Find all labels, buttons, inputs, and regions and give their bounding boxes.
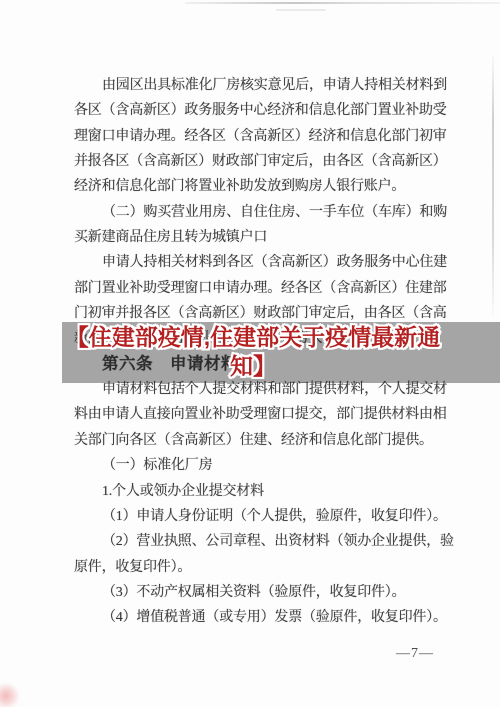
document-line: 关部门向各区（含高新区）住建、经济和信息化部门提供。 <box>74 428 464 453</box>
document-line: 料由申请人直接向置业补助受理窗口提交，部门提供材料由相 <box>74 402 464 427</box>
watermark-text: 【住建部疫情,住建部关于疫情最新通 知】 <box>63 323 443 381</box>
document-line: 经济和信息化部门将置业补助发放到购房人银行账户。 <box>74 174 464 199</box>
watermark-overlay-band: 【住建部疫情,住建部关于疫情最新通 知】 <box>62 322 500 383</box>
scan-artifact-top-line <box>185 2 500 4</box>
document-line: 部门置业补助受理窗口申请办理。经各区（含高新区）住建部 <box>74 276 464 301</box>
scan-artifact-top-line-2 <box>276 9 326 11</box>
document-line: （1）申请人身份证明（个人提供，验原件，收复印件）。 <box>74 504 464 529</box>
document-line: 申请人持相关材料到各区（含高新区）政务服务中心住建 <box>74 250 464 275</box>
document-line: 各区（含高新区）政务服务中心经济和信息化部门置业补助受 <box>74 98 464 123</box>
scan-artifact-corner-smudge <box>0 682 20 707</box>
document-line: 由园区出具标准化厂房核实意见后，申请人持相关材料到 <box>74 73 464 98</box>
scan-artifact-right-edge-line <box>492 55 494 315</box>
document-line: 原件，收复印件）。 <box>74 555 464 580</box>
document-line: （3）不动产权属相关资料（验原件，收复印件）。 <box>74 580 464 605</box>
watermark-text-line1: 【住建部疫情,住建部关于疫情最新通 <box>63 323 443 352</box>
scanned-document-page: 由园区出具标准化厂房核实意见后，申请人持相关材料到各区（含高新区）政务服务中心经… <box>0 0 500 707</box>
document-line: 1.个人或领办企业提交材料 <box>74 479 464 504</box>
document-line: 买新建商品住房且转为城镇户口 <box>74 225 464 250</box>
watermark-text-line2: 知】 <box>63 352 443 381</box>
document-line: （一）标准化厂房 <box>74 453 464 478</box>
page-number: —7— <box>396 646 434 662</box>
document-line: （二）购买营业用房、自住住房、一手车位（车库）和购 <box>74 200 464 225</box>
document-line: 理窗口申请办理。经各区（含高新区）经济和信息化部门初审 <box>74 124 464 149</box>
document-line: （2）营业执照、公司章程、出资材料（领办企业提供，验 <box>74 529 464 554</box>
document-line: 并报各区（含高新区）财政部门审定后，由各区（含高新区） <box>74 149 464 174</box>
document-line: （4）增值税普通（或专用）发票（验原件，收复印件）。 <box>74 605 464 630</box>
